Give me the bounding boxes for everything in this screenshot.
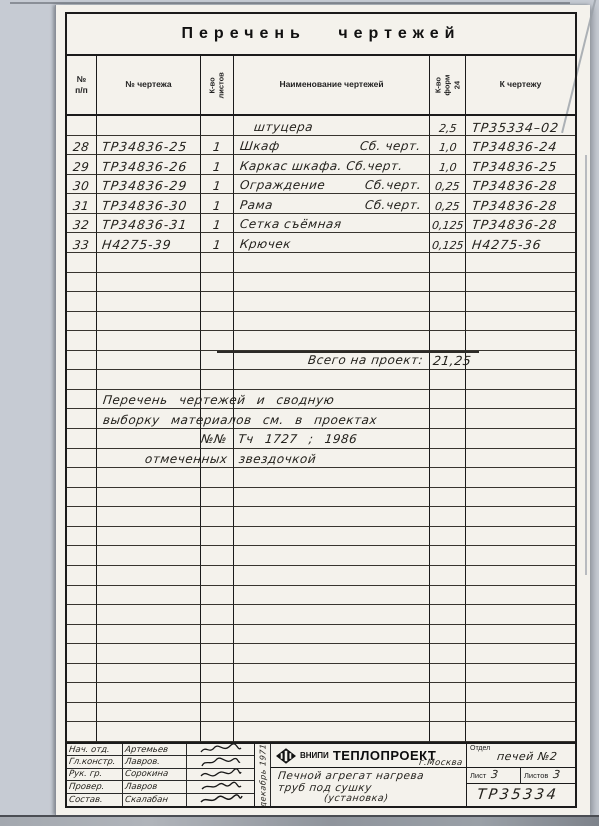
empty-cell xyxy=(201,390,234,410)
empty-cell xyxy=(201,546,234,566)
cell-name-text: Крючек xyxy=(239,237,292,251)
empty-cell xyxy=(67,722,97,742)
table-row-empty xyxy=(67,546,575,566)
empty-cell xyxy=(97,370,201,390)
empty-cell xyxy=(97,351,201,371)
cell-name: Каркас шкафа. Сб.черт. xyxy=(234,155,430,175)
empty-cell xyxy=(67,664,97,684)
empty-cell xyxy=(430,370,466,390)
empty-cell xyxy=(201,331,234,351)
empty-cell xyxy=(234,586,430,606)
cell-forms-text: 0,25 xyxy=(434,200,460,213)
empty-cell xyxy=(430,566,466,586)
cell-ref: ТР34836-25 xyxy=(466,155,575,175)
department-row: Отдел печей №2 xyxy=(467,744,575,768)
table-row: 29ТР34836-261Каркас шкафа. Сб.черт.1,0ТР… xyxy=(67,155,575,175)
cell-ref: ТР34836-28 xyxy=(466,214,575,234)
cell-forms: 0,25 xyxy=(430,194,466,214)
cell-ref-text: ТР34836-28 xyxy=(471,217,558,232)
empty-cell xyxy=(67,351,97,371)
scan-edge-line xyxy=(10,2,570,4)
empty-cell xyxy=(466,273,575,293)
paper-sheet: Перечень чертежей №п/п № чертежа К-волис… xyxy=(55,5,590,815)
sheet-label: Лист xyxy=(470,771,486,780)
cell-ref: Н4275-36 xyxy=(466,233,575,253)
cell-drawing-text: ТР34836-29 xyxy=(101,178,188,193)
org-prefix: ВНИПИ xyxy=(300,751,329,760)
empty-cell xyxy=(430,409,466,429)
empty-cell xyxy=(97,507,201,527)
empty-cell xyxy=(97,273,201,293)
column-header-sheets: К-волистов xyxy=(201,56,234,114)
empty-cell xyxy=(466,566,575,586)
title-band: Перечень чертежей xyxy=(67,14,575,56)
empty-cell xyxy=(466,390,575,410)
empty-cell xyxy=(466,507,575,527)
cell-num xyxy=(67,116,97,136)
empty-cell xyxy=(97,625,201,645)
cell-name: РамаСб.черт. xyxy=(234,194,430,214)
cell-num: 31 xyxy=(67,194,97,214)
cell-drawing: ТР34836-29 xyxy=(97,175,201,195)
cell-forms: 0,125 xyxy=(430,214,466,234)
empty-cell xyxy=(234,253,430,273)
cell-forms-text: 1,0 xyxy=(438,141,457,154)
empty-cell xyxy=(234,703,430,723)
cell-sheets-text: 1 xyxy=(212,218,222,232)
empty-cell xyxy=(466,722,575,742)
table-row-empty xyxy=(67,292,575,312)
empty-cell xyxy=(466,664,575,684)
table-row-empty xyxy=(67,273,575,293)
cell-drawing: Н4275-39 xyxy=(97,233,201,253)
empty-cell xyxy=(430,449,466,469)
empty-cell xyxy=(430,722,466,742)
signature-name: Лавров. xyxy=(123,756,187,767)
cell-forms: 2,5 xyxy=(430,116,466,136)
cell-drawing-text: ТР34836-30 xyxy=(101,198,188,213)
cell-sheets: 1 xyxy=(201,214,234,234)
empty-cell xyxy=(97,546,201,566)
cell-name-text: штуцера xyxy=(239,120,314,134)
table-row-empty xyxy=(67,370,575,390)
empty-cell xyxy=(201,449,234,469)
cell-ref-text: ТР34836-24 xyxy=(471,139,558,154)
empty-cell xyxy=(201,644,234,664)
cell-ref: ТР35334–02 xyxy=(466,116,575,136)
cell-drawing-text: ТР34836-25 xyxy=(101,139,188,154)
cell-ref-text: ТР34836-25 xyxy=(471,159,558,174)
signature-scribble xyxy=(187,744,254,755)
empty-cell xyxy=(234,292,430,312)
cell-forms-text: 0,25 xyxy=(434,180,460,193)
table-row: 33Н4275-391Крючек0,125Н4275-36 xyxy=(67,233,575,253)
empty-cell xyxy=(201,527,234,547)
empty-cell xyxy=(97,683,201,703)
empty-cell xyxy=(97,429,201,449)
table-row-empty xyxy=(67,625,575,645)
signatures-table: Нач. отд. Артемьев Гл.констр. Лавров. Ру… xyxy=(67,744,255,806)
column-header-name: Наименование чертежей xyxy=(234,56,430,114)
table-row-empty xyxy=(67,644,575,664)
cell-name-text: Рама xyxy=(239,198,274,212)
empty-cell xyxy=(67,566,97,586)
empty-cell xyxy=(234,370,430,390)
cell-drawing-text: Н4275-39 xyxy=(101,237,172,252)
table-row-empty xyxy=(67,409,575,429)
empty-cell xyxy=(430,683,466,703)
empty-cell xyxy=(234,390,430,410)
empty-cell xyxy=(67,605,97,625)
empty-cell xyxy=(67,331,97,351)
signature-name: Сорокина xyxy=(123,769,187,780)
signature-name: Скалабан xyxy=(123,794,187,806)
column-header-drawing-label: № чертежа xyxy=(125,79,171,90)
empty-cell xyxy=(430,605,466,625)
empty-cell xyxy=(201,351,234,371)
empty-cell xyxy=(466,527,575,547)
table-row: 31ТР34836-301РамаСб.черт.0,25ТР34836-28 xyxy=(67,194,575,214)
empty-cell xyxy=(201,409,234,429)
empty-cell xyxy=(201,488,234,508)
column-header-name-label: Наименование чертежей xyxy=(279,79,383,90)
column-header-forms: К-во форм24 xyxy=(430,56,466,114)
cell-sheets: 1 xyxy=(201,136,234,156)
cell-forms-text: 0,125 xyxy=(431,239,464,252)
table-row-empty xyxy=(67,683,575,703)
scan-streak xyxy=(585,155,587,575)
signature-row: Состав. Скалабан xyxy=(67,794,254,806)
cell-name-text: Ограждение xyxy=(239,178,326,192)
cell-sheets-text: 1 xyxy=(212,238,222,252)
cell-num-text: 32 xyxy=(72,218,90,232)
empty-cell xyxy=(201,586,234,606)
empty-cell xyxy=(97,331,201,351)
cell-forms: 0,25 xyxy=(430,175,466,195)
cell-num-text: 33 xyxy=(72,238,90,252)
empty-cell xyxy=(234,722,430,742)
table-row: 28ТР34836-251ШкафСб. черт.1,0ТР34836-24 xyxy=(67,136,575,156)
project-title-line-1: Печной агрегат нагрева xyxy=(277,770,425,782)
empty-cell xyxy=(234,273,430,293)
empty-cell xyxy=(466,546,575,566)
empty-cell xyxy=(97,644,201,664)
empty-cell xyxy=(430,644,466,664)
cell-sheets: 1 xyxy=(201,194,234,214)
empty-cell xyxy=(466,331,575,351)
empty-cell xyxy=(430,703,466,723)
empty-cell xyxy=(97,449,201,469)
table-body: штуцера2,5ТР35334–0228ТР34836-251ШкафСб.… xyxy=(67,116,575,742)
cell-name: ШкафСб. черт. xyxy=(234,136,430,156)
empty-cell xyxy=(430,331,466,351)
empty-cell xyxy=(201,468,234,488)
table-row-empty xyxy=(67,566,575,586)
project-title-line-3: (установка) xyxy=(323,794,389,804)
date-annotation: декабрь 1971 xyxy=(255,744,271,806)
empty-cell xyxy=(201,566,234,586)
sheets-total: Листов 3 xyxy=(521,768,575,783)
signature-scribble xyxy=(187,769,254,780)
table-row-empty xyxy=(67,312,575,332)
empty-cell xyxy=(430,664,466,684)
column-header-drawing: № чертежа xyxy=(97,56,201,114)
empty-cell xyxy=(234,468,430,488)
empty-cell xyxy=(234,546,430,566)
empty-cell xyxy=(67,625,97,645)
cell-sheets-text: 1 xyxy=(212,199,222,213)
empty-cell xyxy=(234,625,430,645)
empty-cell xyxy=(234,488,430,508)
cell-name-text: Каркас шкафа. Сб.черт. xyxy=(239,159,404,173)
table-row: 32ТР34836-311Сетка съёмная0,125ТР34836-2… xyxy=(67,214,575,234)
cell-num: 33 xyxy=(67,233,97,253)
teploproekt-logo-icon xyxy=(276,748,296,764)
cell-num: 29 xyxy=(67,155,97,175)
signature-scribble xyxy=(187,756,254,767)
signature-role: Гл.констр. xyxy=(67,756,123,767)
signature-role: Рук. гр. xyxy=(67,769,123,780)
empty-cell xyxy=(67,449,97,469)
empty-cell xyxy=(67,468,97,488)
empty-cell xyxy=(67,273,97,293)
cell-forms-text: 2,5 xyxy=(438,122,457,135)
empty-cell xyxy=(234,409,430,429)
org-and-project: ВНИПИ ТЕПЛОПРОЕКТ г.Москва Печной агрега… xyxy=(271,744,467,806)
table-row-empty xyxy=(67,468,575,488)
cell-drawing: ТР34836-31 xyxy=(97,214,201,234)
sheet-number: Лист 3 xyxy=(467,768,521,783)
column-header-sheets-label: К-волистов xyxy=(208,69,227,101)
cell-sheets-text: 1 xyxy=(212,160,222,174)
cell-name-text: Сетка съёмная xyxy=(239,217,342,231)
cell-num-text: 31 xyxy=(72,199,90,213)
empty-cell xyxy=(466,605,575,625)
empty-cell xyxy=(430,390,466,410)
empty-cell xyxy=(67,683,97,703)
cell-drawing-text: ТР34836-31 xyxy=(101,217,188,232)
empty-cell xyxy=(67,390,97,410)
cell-forms-text: 0,125 xyxy=(431,219,464,232)
cell-forms: 0,125 xyxy=(430,233,466,253)
title-block-stamp: Нач. отд. Артемьев Гл.констр. Лавров. Ру… xyxy=(67,742,575,806)
signature-name: Артемьев xyxy=(123,744,187,755)
empty-cell xyxy=(430,312,466,332)
empty-cell xyxy=(97,605,201,625)
empty-cell xyxy=(97,390,201,410)
empty-cell xyxy=(201,703,234,723)
empty-cell xyxy=(466,253,575,273)
empty-cell xyxy=(67,292,97,312)
cell-num-text: 28 xyxy=(72,140,90,154)
cell-sheets xyxy=(201,116,234,136)
cell-num: 28 xyxy=(67,136,97,156)
empty-cell xyxy=(201,429,234,449)
empty-cell xyxy=(201,625,234,645)
empty-cell xyxy=(430,468,466,488)
department-value: печей №2 xyxy=(496,750,558,763)
empty-cell xyxy=(201,253,234,273)
cell-ref-text: ТР35334–02 xyxy=(471,120,560,135)
table-row-empty xyxy=(67,605,575,625)
cell-ref: ТР34836-28 xyxy=(466,175,575,195)
drawing-list-form: Перечень чертежей №п/п № чертежа К-волис… xyxy=(65,12,577,808)
empty-cell xyxy=(466,703,575,723)
empty-cell xyxy=(466,586,575,606)
empty-cell xyxy=(466,429,575,449)
signature-role: Состав. xyxy=(67,794,123,806)
empty-cell xyxy=(234,683,430,703)
column-header-ref-label: К чертежу xyxy=(500,79,542,90)
cell-ref-text: ТР34836-28 xyxy=(471,198,558,213)
cell-sheets: 1 xyxy=(201,155,234,175)
cell-ref-text: Н4275-36 xyxy=(471,237,542,252)
empty-cell xyxy=(466,312,575,332)
scanned-document-page: { "document": { "title": "Перечень черте… xyxy=(0,0,599,826)
cell-ref-text: ТР34836-28 xyxy=(471,178,558,193)
cell-name: Крючек xyxy=(234,233,430,253)
cell-ref: ТР34836-24 xyxy=(466,136,575,156)
table-row-empty xyxy=(67,390,575,410)
empty-cell xyxy=(234,605,430,625)
empty-cell xyxy=(201,683,234,703)
document-number-row: ТР35334 xyxy=(467,784,575,806)
empty-cell xyxy=(430,351,466,371)
empty-cell xyxy=(97,722,201,742)
signature-scribble xyxy=(187,781,254,792)
cell-drawing-text: ТР34836-26 xyxy=(101,159,188,174)
empty-cell xyxy=(430,586,466,606)
empty-cell xyxy=(97,312,201,332)
empty-cell xyxy=(430,625,466,645)
table-row-empty xyxy=(67,253,575,273)
empty-cell xyxy=(201,664,234,684)
empty-cell xyxy=(97,664,201,684)
empty-cell xyxy=(430,546,466,566)
empty-cell xyxy=(234,566,430,586)
empty-cell xyxy=(430,429,466,449)
table-header: №п/п № чертежа К-волистов Наименование ч… xyxy=(67,56,575,116)
empty-cell xyxy=(234,449,430,469)
empty-cell xyxy=(67,253,97,273)
empty-cell xyxy=(67,527,97,547)
table-row-empty xyxy=(67,527,575,547)
column-header-num: №п/п xyxy=(67,56,97,114)
empty-cell xyxy=(97,488,201,508)
empty-cell xyxy=(201,722,234,742)
table-row: штуцера2,5ТР35334–02 xyxy=(67,116,575,136)
cell-num: 30 xyxy=(67,175,97,195)
page-title: Перечень чертежей xyxy=(182,25,461,43)
table-row-empty xyxy=(67,703,575,723)
empty-cell xyxy=(430,292,466,312)
empty-cell xyxy=(234,527,430,547)
empty-cell xyxy=(466,625,575,645)
column-header-forms-label: К-во форм24 xyxy=(433,68,461,103)
empty-cell xyxy=(201,312,234,332)
empty-cell xyxy=(430,253,466,273)
empty-cell xyxy=(97,566,201,586)
project-title: Печной агрегат нагрева труб под сушку (у… xyxy=(271,768,466,806)
column-header-num-label: №п/п xyxy=(75,74,88,96)
cell-name-suffix: Сб. черт. xyxy=(359,139,422,153)
cell-forms: 1,0 xyxy=(430,136,466,156)
empty-cell xyxy=(466,370,575,390)
cell-num: 32 xyxy=(67,214,97,234)
empty-cell xyxy=(67,429,97,449)
empty-cell xyxy=(67,488,97,508)
date-annotation-text: декабрь 1971 xyxy=(258,743,267,808)
signature-name: Лавров xyxy=(123,781,187,792)
signature-row: Провер. Лавров xyxy=(67,781,254,793)
sheet-value: 3 xyxy=(490,768,499,781)
sheet-info-block: Отдел печей №2 Лист 3 Листов 3 ТР35334 xyxy=(467,744,575,806)
empty-cell xyxy=(234,644,430,664)
signature-role: Провер. xyxy=(67,781,123,792)
table-row-empty xyxy=(67,722,575,742)
organization-row: ВНИПИ ТЕПЛОПРОЕКТ г.Москва xyxy=(271,744,466,768)
table-row-empty xyxy=(67,488,575,508)
empty-cell xyxy=(466,468,575,488)
cell-name-suffix: Сб.черт. xyxy=(364,198,422,212)
empty-cell xyxy=(67,409,97,429)
table-row: 30ТР34836-291ОграждениеСб.черт.0,25ТР348… xyxy=(67,175,575,195)
empty-cell xyxy=(97,468,201,488)
table-row-empty xyxy=(67,664,575,684)
cell-name: ОграждениеСб.черт. xyxy=(234,175,430,195)
empty-cell xyxy=(67,586,97,606)
cell-sheets: 1 xyxy=(201,233,234,253)
empty-cell xyxy=(201,292,234,312)
org-city: г.Москва xyxy=(419,758,464,768)
empty-cell xyxy=(234,507,430,527)
sheets-value: 3 xyxy=(553,768,562,781)
empty-cell xyxy=(67,370,97,390)
cell-drawing: ТР34836-26 xyxy=(97,155,201,175)
signature-scribble xyxy=(187,794,254,806)
empty-cell xyxy=(201,605,234,625)
table-row-empty xyxy=(67,449,575,469)
signature-row: Гл.констр. Лавров. xyxy=(67,756,254,768)
cell-drawing: ТР34836-30 xyxy=(97,194,201,214)
scanner-bed-strip xyxy=(0,815,599,826)
cell-ref: ТР34836-28 xyxy=(466,194,575,214)
empty-cell xyxy=(234,351,430,371)
empty-cell xyxy=(234,664,430,684)
cell-num-text: 30 xyxy=(72,179,90,193)
empty-cell xyxy=(466,409,575,429)
cell-forms: 1,0 xyxy=(430,155,466,175)
table-row-empty xyxy=(67,351,575,371)
empty-cell xyxy=(466,351,575,371)
empty-cell xyxy=(201,273,234,293)
column-header-ref: К чертежу xyxy=(466,56,575,114)
empty-cell xyxy=(97,703,201,723)
empty-cell xyxy=(430,488,466,508)
empty-cell xyxy=(67,312,97,332)
table-row-empty xyxy=(67,507,575,527)
empty-cell xyxy=(97,527,201,547)
sheet-row: Лист 3 Листов 3 xyxy=(467,768,575,784)
empty-cell xyxy=(234,429,430,449)
empty-cell xyxy=(430,527,466,547)
table-row-empty xyxy=(67,331,575,351)
department-label: Отдел xyxy=(470,745,490,752)
table-row-empty xyxy=(67,586,575,606)
cell-name: Сетка съёмная xyxy=(234,214,430,234)
cell-drawing xyxy=(97,116,201,136)
empty-cell xyxy=(430,507,466,527)
